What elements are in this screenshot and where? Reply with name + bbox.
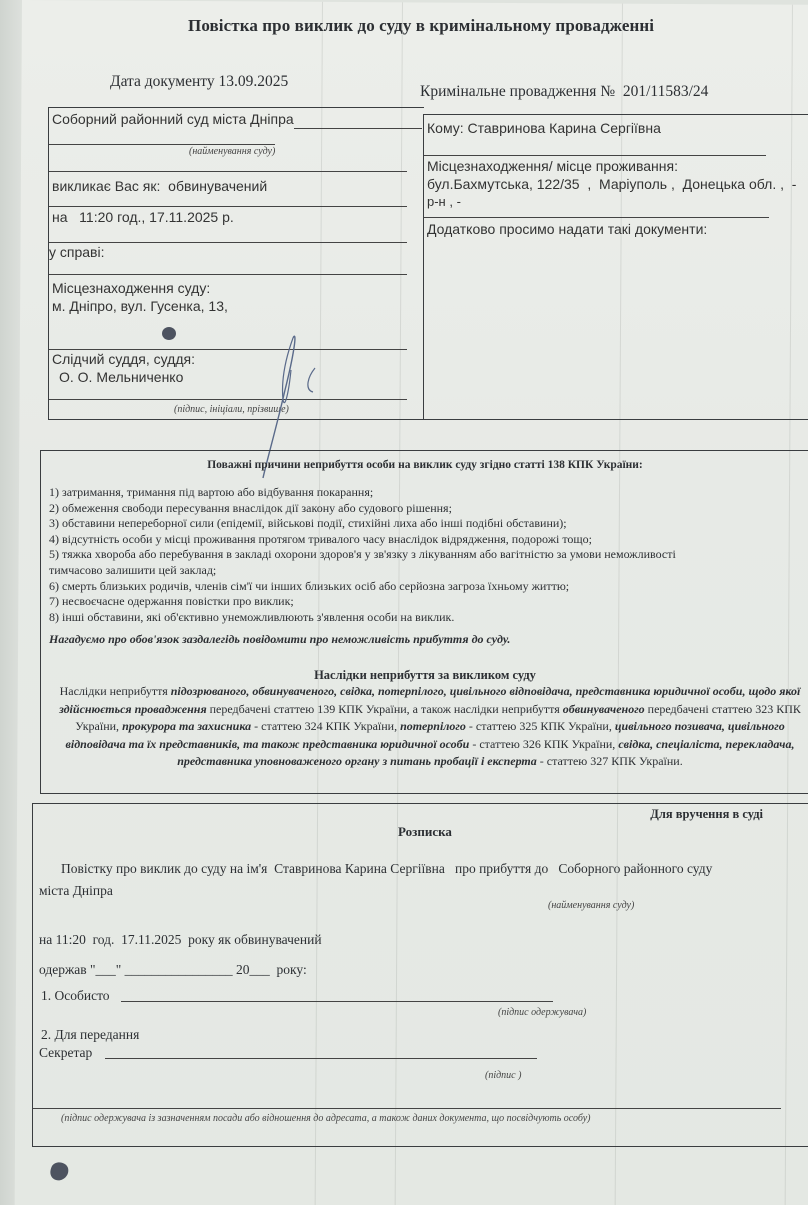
for-transfer-label: 2. Для передання — [41, 1027, 139, 1043]
consequences-text: Наслідки неприбуття підозрюваного, обвин… — [45, 683, 808, 771]
consequences-part: - статтею 325 КПК України, — [466, 719, 615, 733]
receipt-title: Розписка — [398, 824, 452, 840]
consequences-emphasis: потерпілого — [400, 719, 466, 733]
summoned-as-label: викликає Вас як: — [52, 178, 160, 194]
secretary-label: Секретар — [39, 1045, 92, 1061]
for-court-delivery-label: Для вручення в суді — [650, 807, 763, 822]
reason-item: 3) обставини непереборної сили (епідемії… — [49, 516, 808, 532]
case-number-label: Кримінальне провадження № — [420, 83, 615, 100]
in-case-label: у справі: — [49, 244, 104, 260]
reason-item: 6) смерть близьких родичів, членів сім'ї… — [49, 579, 808, 595]
receipt-section: Для вручення в суді Розписка Повістку пр… — [32, 803, 808, 1147]
consequences-part: Наслідки неприбуття — [60, 684, 171, 698]
reason-item: 7) несвоєчасне одержання повістки про ви… — [49, 594, 808, 610]
receipt-hearing-time: на 11:20 год. 17.11.2025 року як обвинув… — [39, 932, 322, 948]
judge-label: Слідчий суддя, суддя: — [52, 351, 195, 367]
recipient-id-hint: (підпис одержувача із зазначенням посади… — [61, 1113, 591, 1124]
reason-item: 8) інші обставини, які об'єктивно унемож… — [49, 610, 808, 626]
recipient-value: Ставринова Карина Сергіївна — [468, 120, 661, 136]
reason-item: тимчасово залишити цей заклад; — [49, 563, 808, 579]
consequences-part: передбачені статтею 139 КПК України, а т… — [207, 702, 563, 716]
court-name-hint: (найменування суду) — [189, 146, 275, 157]
document-title: Повістка про виклик до суду в кримінальн… — [188, 16, 654, 36]
reason-item: 4) відсутність особи у місці проживання … — [49, 532, 808, 548]
consequences-part: - статтею 324 КПК України, — [251, 719, 400, 733]
court-location-value: м. Дніпро, вул. Гусенка, 13, — [52, 298, 228, 314]
extra-documents-label: Додатково просимо надати такі документи: — [427, 221, 707, 237]
hearing-datetime: на 11:20 год., 17.11.2025 р. — [52, 209, 234, 225]
consequences-emphasis: прокурора та захисника — [122, 719, 251, 733]
reason-item: 5) тяжка хвороба або перебування в закла… — [49, 547, 808, 563]
receipt-court-city: міста Дніпра — [39, 883, 113, 899]
receipt-received-date: одержав "___" ________________ 20___ рок… — [39, 962, 307, 978]
recipient-name: Кому: Ставринова Карина Сергіївна — [427, 120, 661, 136]
reminder-note: Нагадуємо про обов'язок заздалегідь пові… — [49, 632, 510, 647]
document-date-label: Дата документу — [110, 73, 215, 90]
ink-dot — [162, 327, 176, 340]
summoned-as-value: обвинувачений — [168, 178, 267, 194]
residence-line-2: р-н , - — [427, 194, 461, 209]
case-number-value: 201/11583/24 — [623, 83, 709, 100]
personally-label: 1. Особисто — [41, 988, 110, 1004]
secretary-signature-hint: (підпис ) — [485, 1070, 521, 1081]
recipient-details-panel: Кому: Ставринова Карина Сергіївна Місцез… — [423, 114, 808, 420]
document-date: Дата документу 13.09.2025 — [110, 73, 288, 91]
document-date-value: 13.09.2025 — [218, 73, 288, 90]
recipient-label: Кому: — [427, 120, 464, 136]
receipt-court-hint: (найменування суду) — [548, 900, 634, 911]
residence-label: Місцезнаходження/ місце проживання: — [427, 158, 678, 174]
receipt-summons-line: Повістку про виклик до суду на ім'я Став… — [61, 861, 712, 877]
valid-reasons-title: Поважні причини неприбуття особи на викл… — [41, 459, 808, 471]
recipient-signature-hint: (підпис одержувача) — [498, 1007, 586, 1018]
reason-item: 2) обмеження свободи пересування внаслід… — [49, 501, 808, 517]
court-location-label: Місцезнаходження суду: — [52, 280, 210, 296]
receipt-court-name: Соборного районного суду — [558, 861, 712, 876]
judge-name: О. О. Мельниченко — [59, 369, 183, 385]
consequences-part: - статтею 327 КПК України. — [537, 754, 683, 768]
consequences-title: Наслідки неприбуття за викликом суду — [41, 668, 808, 683]
consequences-part: - статтею 326 КПК України, — [469, 737, 618, 751]
valid-reasons-section: Поважні причини неприбуття особи на викл… — [40, 450, 808, 794]
ink-stain — [48, 1158, 72, 1184]
summoned-as: викликає Вас як: обвинувачений — [52, 178, 267, 194]
receipt-arrival-text: про прибуття до — [455, 861, 548, 876]
court-name: Соборний районний суд міста Дніпра — [52, 111, 294, 127]
case-number: Кримінальне провадження № 201/11583/24 — [420, 83, 708, 101]
court-details-panel: Соборний районний суд міста Дніпра (найм… — [48, 107, 424, 420]
receipt-recipient-name: Ставринова Карина Сергіївна — [274, 861, 445, 876]
residence-line-1: бул.Бахмутська, 122/35 , Маріуполь , Дон… — [427, 176, 796, 192]
valid-reasons-list: 1) затримання, тримання під вартою або в… — [49, 485, 808, 625]
receipt-prefix: Повістку про виклик до суду на ім'я — [61, 861, 267, 876]
reason-item: 1) затримання, тримання під вартою або в… — [49, 485, 808, 501]
consequences-emphasis: обвинуваченого — [563, 702, 645, 716]
